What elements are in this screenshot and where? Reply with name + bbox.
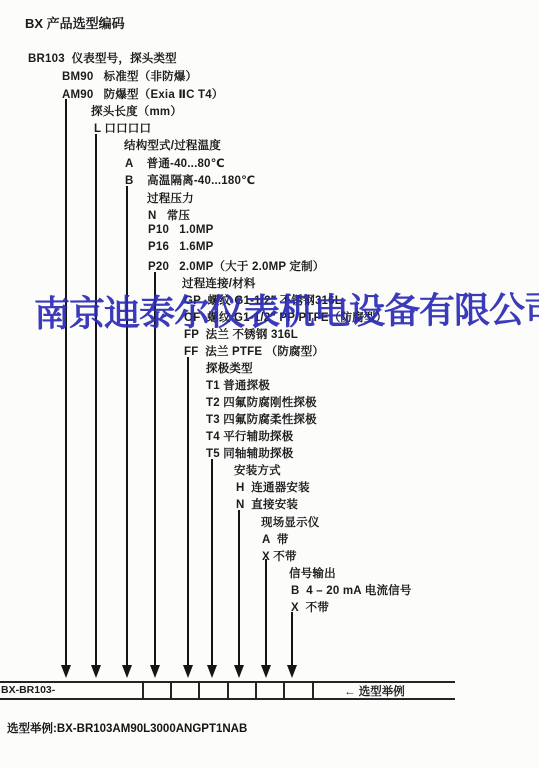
tree-row-signal-b: B 4 – 20 mA 电流信号 <box>291 582 412 598</box>
tree-row-temp-b: B 高温隔离-40...180℃ <box>125 172 255 188</box>
example-pointer-label: ← 选型举例 <box>344 683 405 699</box>
code-cell-divider <box>227 681 229 698</box>
code-cell-divider <box>170 681 172 698</box>
tree-row-pressure-n: N 常压 <box>148 207 190 223</box>
code-prefix-label: BX-BR103- <box>1 684 55 696</box>
code-cell-divider <box>312 681 314 698</box>
down-arrow-icon <box>150 665 160 678</box>
tree-row-probe-type-header: 探极类型 <box>206 360 253 376</box>
down-arrow-icon <box>183 665 193 678</box>
connector-line-2 <box>95 134 97 665</box>
connector-line-6 <box>211 459 213 665</box>
code-cell-divider <box>198 681 200 698</box>
tree-row-temp-a: A 普通-40...80℃ <box>125 155 225 171</box>
tree-row-signal-header: 信号输出 <box>289 565 336 581</box>
connector-line-5 <box>187 357 189 665</box>
tree-row-pressure-p20: P20 2.0MP（大于 2.0MP 定制） <box>148 258 325 274</box>
tree-row-pressure-header: 过程压力 <box>147 190 194 206</box>
connector-line-7 <box>238 510 240 665</box>
tree-row-am90: AM90 防爆型（Exia ⅡC T4） <box>62 86 224 102</box>
tree-row-conn-ff: FF 法兰 PTFE （防腐型） <box>184 343 324 359</box>
tree-row-probe-t5: T5 同轴辅助探极 <box>206 445 293 461</box>
tree-row-structure-header: 结构型式/过程温度 <box>124 137 221 153</box>
tree-row-display-x: X 不带 <box>262 548 297 564</box>
tree-row-probe-t3: T3 四氟防腐柔性探极 <box>206 411 317 427</box>
tree-row-signal-x: X 不带 <box>291 599 329 615</box>
tree-row-mount-h: H 连通器安装 <box>236 479 310 495</box>
tree-row-bm90: BM90 标准型（非防爆） <box>62 68 197 84</box>
company-watermark: 南京迪泰尔仪表机电设备有限公司 <box>34 282 539 338</box>
down-arrow-icon <box>91 665 101 678</box>
down-arrow-icon <box>61 665 71 678</box>
code-cell-divider <box>142 681 144 698</box>
tree-row-pressure-p16: P16 1.6MP <box>148 241 213 253</box>
page-title: BX 产品选型编码 <box>25 13 125 32</box>
tree-row-display-a: A 带 <box>262 531 289 547</box>
tree-row-mount-header: 安装方式 <box>234 462 281 478</box>
connector-line-9 <box>291 612 293 665</box>
down-arrow-icon <box>122 665 132 678</box>
down-arrow-icon <box>287 665 297 678</box>
tree-row-pressure-p10: P10 1.0MP <box>148 224 213 236</box>
tree-row-probe-t4: T4 平行辅助探极 <box>206 428 293 444</box>
tree-row-probe-t1: T1 普通探极 <box>206 377 270 393</box>
tree-row-probe-length: 探头长度（mm） <box>91 103 182 119</box>
connector-line-1 <box>65 99 67 665</box>
down-arrow-icon <box>207 665 217 678</box>
code-cell-divider <box>255 681 257 698</box>
tree-row-model: BR103 仪表型号，探头类型 <box>28 50 177 66</box>
tree-row-length-code: L 口口口口 <box>94 120 151 136</box>
connector-line-8 <box>265 559 267 665</box>
tree-row-display-header: 现场显示仪 <box>261 514 320 530</box>
down-arrow-icon <box>261 665 271 678</box>
tree-row-probe-t2: T2 四氟防腐刚性探极 <box>206 394 317 410</box>
tree-row-mount-n: N 直接安装 <box>236 496 298 512</box>
down-arrow-icon <box>234 665 244 678</box>
ordering-example-line: 选型举例:BX-BR103AM90L3000ANGPT1NAB <box>7 720 247 736</box>
code-cell-divider <box>283 681 285 698</box>
connector-line-3 <box>126 186 128 665</box>
